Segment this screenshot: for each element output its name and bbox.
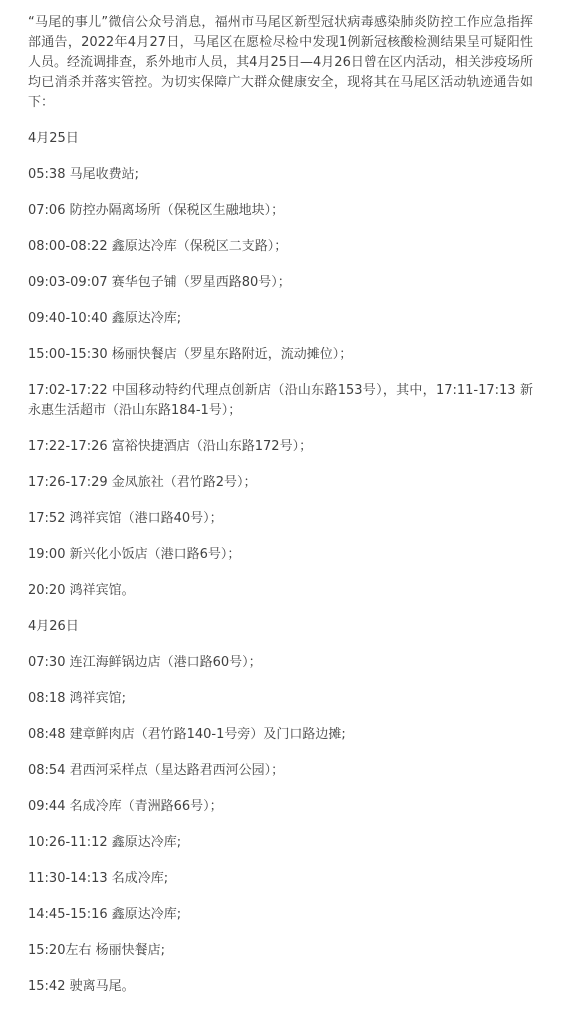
timeline-entry: 15:00-15:30 杨丽快餐店（罗星东路附近，流动摊位）； (28, 345, 533, 365)
timeline-entry: 08:48 建章鲜肉店（君竹路140-1号旁）及门口路边摊; (28, 725, 533, 745)
timeline-entry: 09:40-10:40 鑫原达冷库; (28, 309, 533, 329)
timeline-entry: 08:00-08:22 鑫原达冷库（保税区二支路）； (28, 237, 533, 257)
timeline-entry: 09:44 名成冷库（青洲路66号）； (28, 797, 533, 817)
date-heading-apr25: 4月25日 (28, 129, 533, 149)
timeline-entry: 08:18 鸿祥宾馆; (28, 689, 533, 709)
timeline-entry: 10:26-11:12 鑫原达冷库; (28, 833, 533, 853)
timeline-entry: 17:22-17:26 富裕快捷酒店（沿山东路172号）； (28, 437, 533, 457)
timeline-entry: 14:45-15:16 鑫原达冷库; (28, 905, 533, 925)
timeline-entry: 09:03-09:07 赛华包子铺（罗星西路80号）； (28, 273, 533, 293)
timeline-entry: 07:06 防控办隔离场所（保税区生融地块）； (28, 201, 533, 221)
article-body: “马尾的事儿”微信公众号消息，福州市马尾区新型冠状病毒感染肺炎防控工作应急指挥部… (0, 0, 561, 1015)
timeline-entry: 15:42 驶离马尾。 (28, 977, 533, 997)
intro-paragraph: “马尾的事儿”微信公众号消息，福州市马尾区新型冠状病毒感染肺炎防控工作应急指挥部… (28, 13, 533, 113)
timeline-entry: 17:26-17:29 金凤旅社（君竹路2号）； (28, 473, 533, 493)
timeline-entry: 17:52 鸿祥宾馆（港口路40号）； (28, 509, 533, 529)
timeline-entry: 11:30-14:13 名成冷库; (28, 869, 533, 889)
timeline-entry: 17:02-17:22 中国移动特约代理点创新店（沿山东路153号），其中，17… (28, 381, 533, 421)
timeline-entry: 05:38 马尾收费站; (28, 165, 533, 185)
timeline-entry: 15:20左右 杨丽快餐店; (28, 941, 533, 961)
timeline-entry: 08:54 君西河采样点（星达路君西河公园）； (28, 761, 533, 781)
date-heading-apr26: 4月26日 (28, 617, 533, 637)
timeline-entry: 19:00 新兴化小饭店（港口路6号）； (28, 545, 533, 565)
timeline-entry: 07:30 连江海鲜锅边店（港口路60号）； (28, 653, 533, 673)
timeline-entry: 20:20 鸿祥宾馆。 (28, 581, 533, 601)
